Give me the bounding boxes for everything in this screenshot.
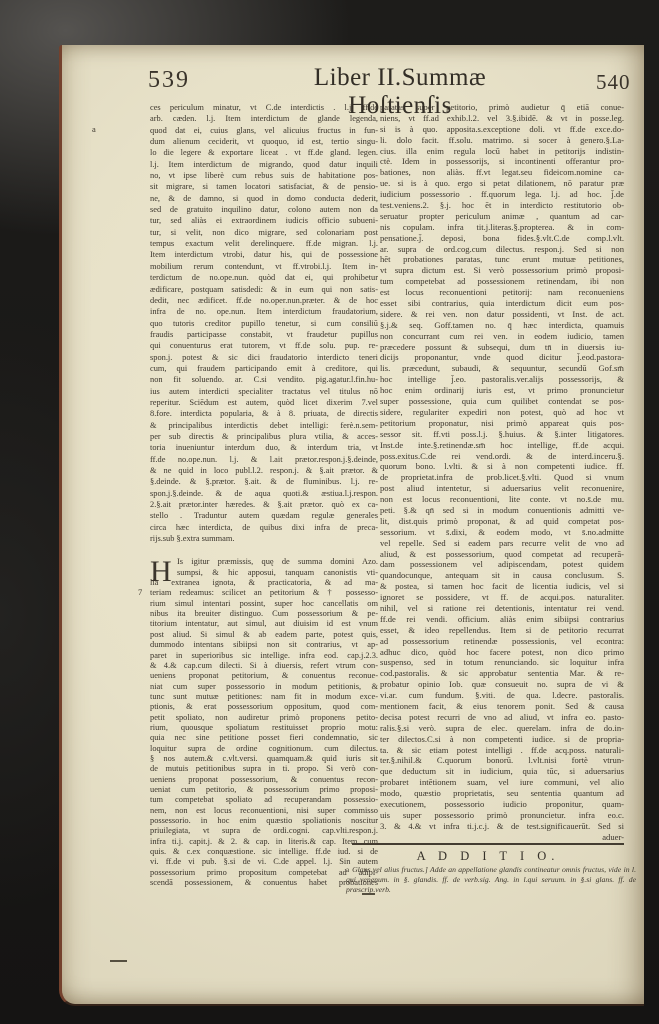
text-line: suspenso, sed in totum renunciando. sic … [380, 657, 624, 668]
text-line: petit spoliato, non audiretur primò prop… [150, 713, 378, 723]
text-line: que deductum sit in iudicium, quia tūc, … [380, 766, 624, 777]
text-line: sumpsi, & hic apposui, tanquam canonisti… [177, 568, 378, 578]
text-line: loquitur supra de ordine cognitionum. cu… [150, 744, 378, 754]
text-line: 3. & 4.& vt infra ti.j.c.j. & de test.si… [380, 821, 624, 832]
text-line: possessorium primo propositum competebat… [150, 868, 378, 878]
text-line: nis copulam. infra tit.j.literas.§.propt… [380, 222, 624, 233]
text-line: cod.pastoralis. & sic approbatur sentent… [380, 668, 624, 679]
text-line: iudicium possessorio . ff.quorum lega. l… [380, 189, 624, 200]
text-line: test.veniens.2. §.j. hoc ēt in interdict… [380, 200, 624, 211]
text-line: ar. supra de ord.cog.cum dilectus. respo… [380, 244, 624, 255]
text-line: qui conuenturus erat tutorem, vt ff.de s… [150, 340, 378, 351]
text-line: modo, quæstio proprietatis, seu sententi… [380, 788, 624, 799]
text-line: Is igitur præmissis, quę de summa domini… [177, 557, 378, 567]
text-line: §.j.& seq. Goff.tamen no. q̄ hæc interdi… [380, 320, 624, 331]
text-line: ne, & de damno, si quod in domo conducta… [150, 193, 378, 204]
text-line: vi.ar. cum fundum. §.viti. de qua. l.dec… [380, 690, 624, 701]
text-line: super possessione, quia cum quilibet con… [380, 396, 624, 407]
text-line: bationes, non aliàs. ff.vt legat.seu fid… [380, 167, 624, 178]
text-line: 2.§.ait prætor.inter hæredes. & §.ait pr… [150, 499, 378, 510]
text-line: vi. ff.de vi pub. §.si de vi. C.de appel… [150, 857, 378, 867]
page-number-right: 540 [596, 70, 631, 95]
text-line: ueniens proponat possessorium, & conuent… [150, 775, 378, 785]
text-line: ces periculum minatur, vt C.de interdict… [150, 102, 378, 113]
text-line: tempus exactum velit derelinquere. ff.de… [150, 238, 378, 249]
text-line: esset sibi contrarius, quia interdictum … [380, 298, 624, 309]
text-line: ctè. Idem in possessorijs, si incontinen… [380, 156, 624, 167]
text-line: li. dolo facit. ff.solu. matrimo. si soc… [380, 135, 624, 146]
text-line: de mutuis petitionibus supra in ti. prop… [150, 764, 378, 774]
text-line: de proprietat.infra de prob.licet.§.vlti… [380, 472, 624, 483]
additio-heading: A D D I T I O. [352, 849, 624, 864]
text-line: l.j. Item interdictum de migrando, quod … [150, 159, 378, 170]
text-line: mentionem facit, & eius tenorem ponit. S… [380, 701, 624, 712]
text-line: nibus ita breuiter distinguo. Cum posses… [150, 609, 378, 619]
text-line: & 4.& cap.cum dilecti. Si à diuersis, re… [150, 661, 378, 671]
text-line: infra ti.j. capit.j. & 2. & cap. in lite… [150, 837, 378, 847]
drop-cap-initial: H [150, 557, 176, 587]
text-line: & principalibus interdictis debet intell… [150, 420, 378, 431]
text-line: mobilium rerum contendunt, vt ff.vtrobi.… [150, 261, 378, 272]
left-column-paragraph-2: H Is igitur præmissis, quę de summa domi… [150, 557, 378, 888]
text-line: spon.j.§.deinde. & de aqua quoti.& æstiu… [150, 488, 378, 499]
text-line: niens, vt ff.ad exhib.l.2. vel 3.§.ibidē… [380, 113, 624, 124]
text-line: §.deinde. & §.prætor. §.ait. & de flumin… [150, 476, 378, 487]
text-line: rijs.sub §.extra summam. [150, 533, 378, 544]
text-line: cum, qui fraudem participando emit à cre… [150, 363, 378, 374]
text-line: ignoret se possidere, vt ff. de acqui.po… [380, 592, 624, 603]
text-line: si is à quo. apposita.s.exceptione doli.… [380, 124, 624, 135]
text-line: tum competebat spoliato ad recuperandam … [150, 795, 378, 805]
text-line: post aliud intentetur, si aduersarius ve… [380, 483, 624, 494]
stray-dash-mark [110, 960, 127, 962]
scan-background: 539 Liber II.Summæ Hoſtienſis 540 a 7 ce… [0, 0, 659, 1024]
page-number-left: 539 [148, 67, 190, 94]
text-line: paret in superioribus sic intellige. inf… [150, 651, 378, 661]
text-line: ædificare, postquam satisdedi: & in eum … [150, 284, 378, 295]
text-line: nihil, vel si ratione rei detentionis, i… [380, 603, 624, 614]
additio-divider-rule [352, 843, 624, 845]
margin-note-a: a [92, 124, 96, 134]
text-line: ralis.§.si verò. supra de elec. querelam… [380, 723, 624, 734]
text-line: ff.de rei vendi. officium. aliàs enim si… [380, 614, 624, 625]
text-line: reperitur. Sciēdum est autem, quòd licet… [150, 397, 378, 408]
text-line: aliud, & est possessorium, quod competat… [380, 549, 624, 560]
text-line: non est locus reconuentioni, lite conte.… [380, 494, 624, 505]
text-line: quo tutoris creditor pupillo tenetur, si… [150, 318, 378, 329]
text-line: est locus reconuentioni petitorij: nam r… [380, 287, 624, 298]
text-line: lo die legere & exportare liceat . vt ff… [150, 147, 378, 158]
text-line: hēt probationes paratas, tunc erunt mutu… [380, 254, 624, 265]
text-line: pensatione.j̄. deposi, bona fides.§.vlt.… [380, 233, 624, 244]
left-text-column: ces periculum minatur, vt C.de interdict… [150, 102, 378, 888]
text-line: scendā possessionem, & conuentus habet p… [150, 878, 378, 888]
text-line: non fit soluendo. ar. C.si vendito. pig.… [150, 374, 378, 385]
text-line: sed de gratuito inquilino datur, colono … [150, 204, 378, 215]
text-line: no, vt ipse liberè cum rebus suis de hab… [150, 170, 378, 181]
text-line: rium simul intentari possint, super hoc … [150, 599, 378, 609]
text-line: non concurrant cum rei ven. in eodem iud… [380, 331, 624, 342]
text-line: rium, quousque spoliatum restituisset pr… [150, 723, 378, 733]
text-line: sit migrare, si tamen locatori satisfaci… [150, 181, 378, 192]
text-line: hoc intellige j̄.eo. pastoralis.ver.alij… [380, 374, 624, 385]
text-line: executionem, possessorio iudicio proponi… [380, 799, 624, 810]
text-line: decisa potest recurri de vno ad aliud, v… [380, 712, 624, 723]
text-line: fraudis participasse constabit, vt fraud… [150, 329, 378, 340]
text-line: infra de no. ope.nun. Item interdictum f… [150, 306, 378, 317]
text-line: dicijs proponantur, vnde quod dicitur j̄… [380, 352, 624, 363]
text-line: lis. præcedunt, subaudi, & sequuntur, se… [380, 363, 624, 374]
text-line: Item interdictum vtrobi, datur his, qui … [150, 249, 378, 260]
text-line: tum competebat ad possessionem retinenda… [380, 276, 624, 287]
text-line: § nos autem.& c.vlt.versi. quamquam.& qu… [150, 754, 378, 764]
text-line: stello . Traduntur autem quædam regulæ g… [150, 510, 378, 521]
text-line: ue. si is à quo. ergo si petat dilatione… [380, 178, 624, 189]
margin-note-7: 7 [138, 587, 142, 597]
text-line: ter.§.nihil.& C.quorum bonorū. l.vlt.nis… [380, 755, 624, 766]
text-line: niat cum super possessorio in modum peti… [150, 682, 378, 692]
text-line: priuilegiata, vt supra de ordi.cogni. ca… [150, 826, 378, 836]
text-line: sessor sit. ff.vti poss.l.j. §.huius. & … [380, 429, 624, 440]
text-line: post aliud. Si simul & ab eadem parte, p… [150, 630, 378, 640]
text-line: quod dat ei, cuius glans, vel alicuius f… [150, 125, 378, 136]
text-line: spon.j. potest & sic dici fraudatorio in… [150, 352, 378, 363]
text-line: dummodo intentans sibiipsi non sit contr… [150, 640, 378, 650]
text-line: per sub directis & principalibus plura v… [150, 431, 378, 442]
text-line: quia nec sine petitione posset fieri con… [150, 733, 378, 743]
text-line: sessorium. vt s̄.dixi, & eodem modo, vt … [380, 527, 624, 538]
text-line: petitorium proponatur, nisi primò appare… [380, 418, 624, 429]
text-line: probaret intētionem suam, vel iure commu… [380, 777, 624, 788]
catchword: aduer- [380, 832, 624, 842]
text-line: ta. & sic etiam potest intelligi . ff.de… [380, 745, 624, 756]
text-line: ff.de no.ope.nun. l.j. & l.ait prætor.re… [150, 454, 378, 465]
text-line: lit, dist.quis primò proponat, & ad quid… [380, 516, 624, 527]
text-line: ptionis, & erat possessorium oppositum, … [150, 702, 378, 712]
text-line: ter dilectos.C.si à non competenti iudic… [380, 734, 624, 745]
text-line: dedit, nec ædificet. ff.de no.oper.nun.p… [150, 295, 378, 306]
text-line: adhuc dico, quòd hoc facere potest, non … [380, 647, 624, 658]
text-line: nem, non est locus reconuentioni, nisi s… [150, 806, 378, 816]
text-line: vel repelle. Sed si eadem pars recurre v… [380, 538, 624, 549]
text-line: tur, si velit, non dico migrare, sed col… [150, 227, 378, 238]
text-line: dum alienum ceciderit, vt quoquo, id est… [150, 136, 378, 147]
book-page: 539 Liber II.Summæ Hoſtienſis 540 a 7 ce… [59, 45, 644, 1006]
text-line: teriam redeamus: scilicet an petitorium … [150, 588, 378, 598]
text-line: tur, sed aliàs ei extraordinem iudicis o… [150, 215, 378, 226]
text-line: tunc sunt mutuæ petitiones: nam fit in m… [150, 692, 378, 702]
text-line: lia extranea ignota, & practicatoria, & … [150, 578, 378, 588]
text-line: terdictum de no.ope.nun. quòd dat ei, qu… [150, 272, 378, 283]
text-line: possessorio. in hoc enim quæstio spoliat… [150, 816, 378, 826]
text-line: ius autem interdicti specialiter tractat… [150, 386, 378, 397]
text-line: paratas super petitorio, primò audietur … [380, 102, 624, 113]
text-line: ueniat cum petitorio, & possessorium pri… [150, 785, 378, 795]
text-line: hoc enim ordinarij iuris est, vt primo p… [380, 385, 624, 396]
text-line: toria inueniuntur interdum duo, & interd… [150, 442, 378, 453]
text-line: poss.exitus.C.de rei vend.ordi. & de int… [380, 451, 624, 462]
right-text-column: paratas super petitorio, primò audietur … [380, 102, 624, 832]
text-line: peti. §.& qn̄ sed si in modum conuention… [380, 505, 624, 516]
text-line: vt supra dictum est. Si verò possessoriu… [380, 265, 624, 276]
text-line: & ne quid in loco publ.l.2. respon.j. & … [150, 465, 378, 476]
additio-footnote: aGlans vel alius fructus.] Adde an appel… [346, 865, 636, 894]
text-line: ueniens proponat petitorium, & conuentus… [150, 671, 378, 681]
text-line: quandocunque, antequam sit in causa conc… [380, 570, 624, 581]
text-line: sidere. & rei ven. non datur possidenti,… [380, 309, 624, 320]
text-line: 8.fore. interdicta popularia, & à 8. pri… [150, 408, 378, 419]
text-line: arb. cæden. l.j. Item interdictum de gla… [150, 113, 378, 124]
text-line: ad possessorium retinendæ possessionis, … [380, 636, 624, 647]
text-line: titorium intentatur, aut simul, aut diui… [150, 619, 378, 629]
text-line: esset, & ideo repellendus. Item si de pe… [380, 625, 624, 636]
text-line: probatur opinio Iob. quæ consueuit no. s… [380, 679, 624, 690]
text-line: quorum bono. l.vlti. & si à non competen… [380, 461, 624, 472]
footnote-text: Glans vel alius fructus.] Adde an appell… [346, 865, 636, 894]
text-line: uis super possessorio primò pronuncietur… [380, 810, 624, 821]
text-line: sidere, regulariter expediri non potest,… [380, 407, 624, 418]
text-line: seruatur propter periculum animæ , quant… [380, 211, 624, 222]
text-line: & postea, si tamen hoc facit de licentia… [380, 581, 624, 592]
text-line: Inst.de inte.§.retinendæ.sm̄ hoc intelli… [380, 440, 624, 451]
end-dash-mark [362, 893, 375, 895]
text-line: quis. & c.ex conquæstione. sic intellige… [150, 847, 378, 857]
text-line: dam possessionem vel adipiscendam, potes… [380, 559, 624, 570]
text-line: circa hæc interdicta, de quibus dixi inf… [150, 522, 378, 533]
left-column-paragraph-1: ces periculum minatur, vt C.de interdict… [150, 102, 378, 544]
text-line: cius. illa enim regula locū habet in pet… [380, 146, 624, 157]
text-line: præcedere possunt & subsequi, dum tn̄ in… [380, 342, 624, 353]
